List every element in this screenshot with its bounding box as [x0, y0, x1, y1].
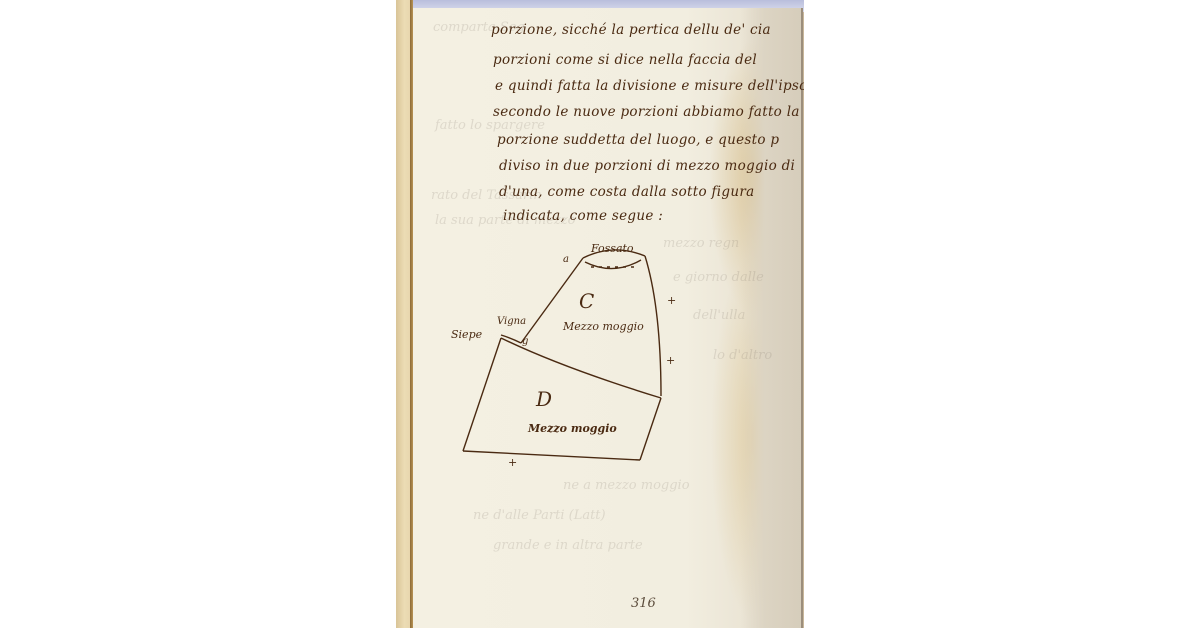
label-plot-d-area: Mezzo moggio — [527, 422, 617, 435]
tick-mark: + — [508, 456, 517, 469]
manuscript-page: comparta Seg fatto lo spargere rato del … — [413, 8, 803, 628]
land-division-diagram: Fossato a Siepe Vigna g C Mezzo moggio D… — [413, 8, 801, 628]
facing-page-edge — [396, 0, 410, 628]
tick-mark: + — [667, 294, 676, 307]
label-corner-g: g — [522, 336, 528, 347]
label-siepe: Siepe — [451, 328, 483, 341]
label-vigna: Vigna — [497, 316, 526, 327]
folio-number: 316 — [631, 596, 656, 611]
label-corner-a: a — [563, 254, 569, 265]
label-fossato: Fossato — [590, 242, 634, 255]
manuscript-scan: comparta Seg fatto lo spargere rato del … — [396, 0, 804, 628]
label-plot-c: C — [579, 289, 594, 313]
tick-mark: + — [666, 354, 675, 367]
label-plot-c-area: Mezzo moggio — [562, 320, 644, 333]
label-plot-d: D — [535, 387, 552, 411]
